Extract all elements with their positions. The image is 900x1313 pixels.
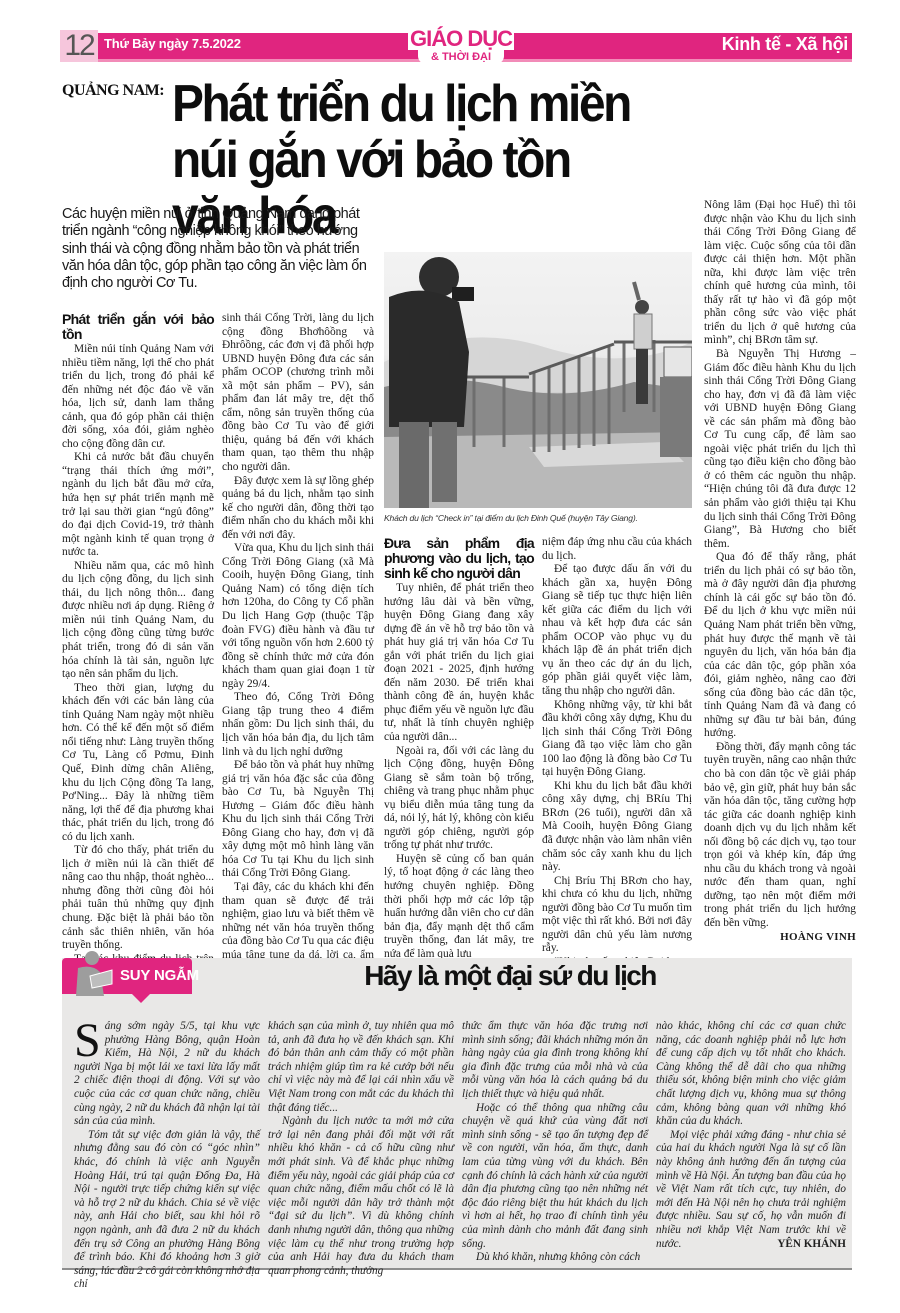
paragraph: Theo thời gian, lượng du khách đến với c… [62, 682, 214, 845]
paragraph-text: Mọi việc phải xứng đáng - như chia sẻ củ… [656, 1129, 846, 1250]
paragraph: Sáng sớm ngày 5/5, tại khu vực phường Hà… [74, 1020, 260, 1129]
paragraph: niệm đáp ứng nhu cầu của khách du lịch. [542, 536, 692, 563]
paragraph-text: áng sớm ngày 5/5, tại khu vực phường Hàn… [74, 1020, 260, 1127]
paragraph: khách sạn của mình ở, tuy nhiên qua mô t… [268, 1020, 454, 1115]
issue-date: Thứ Bảy ngày 7.5.2022 [104, 36, 241, 51]
paragraph: Khi cả nước bắt đầu chuyển “trạng thái t… [62, 451, 214, 559]
logo-title: GIÁO DỤC [408, 28, 514, 50]
paragraph: Mọi việc phải xứng đáng - như chia sẻ củ… [656, 1129, 846, 1251]
paragraph: Chị Bríu Thị BRơn cho hay, khi chưa có k… [542, 875, 692, 956]
article-column-3: Đưa sản phẩm địa phương vào du lịch, tạo… [384, 536, 534, 961]
paragraph: Không những vậy, từ khi bắt đầu khởi côn… [542, 699, 692, 780]
reading-person-icon [70, 950, 114, 998]
paragraph: Đồng thời, đẩy mạnh công tác tuyên truyề… [704, 741, 856, 931]
paragraph: Tuy nhiên, để phát triển theo hướng lâu … [384, 582, 534, 745]
paragraph: Huyện sẽ củng cố ban quản lý, tổ hoạt độ… [384, 853, 534, 961]
opinion-column-3: thức ẩm thực văn hóa đặc trưng nơi mình … [462, 1020, 648, 1265]
opinion-byline: YÊN KHÁNH [763, 1238, 846, 1252]
opinion-tab-pointer [132, 994, 150, 1003]
paragraph: nào khác, không chỉ các cơ quan chức năn… [656, 1020, 846, 1129]
paragraph: Đây được xem là sự lồng ghép quảng bá du… [222, 475, 374, 543]
article-photo [384, 252, 692, 508]
article-column-5: Nông lâm (Đại học Huế) thì tôi được nhận… [704, 199, 856, 944]
paragraph: sinh thái Cổng Trời, làng du lịch cộng đ… [222, 312, 374, 475]
paragraph: thức ẩm thực văn hóa đặc trưng nơi mình … [462, 1020, 648, 1102]
paragraph: Vừa qua, Khu du lịch sinh thái Cổng Trời… [222, 542, 374, 691]
subheading: Đưa sản phẩm địa phương vào du lịch, tạo… [384, 536, 534, 581]
paragraph: Nhiều năm qua, các mô hình du lịch cộng … [62, 560, 214, 682]
paragraph: Khi khu du lịch bắt đầu khởi công xây dự… [542, 780, 692, 875]
newspaper-logo: GIÁO DỤC & THỜI ĐẠI [408, 28, 514, 68]
paragraph: Miền núi tỉnh Quảng Nam với nhiều tiềm n… [62, 343, 214, 451]
paragraph: Theo đó, Cổng Trời Đông Giang tập trung … [222, 691, 374, 759]
opinion-column-4: nào khác, không chỉ các cơ quan chức năn… [656, 1020, 846, 1251]
paragraph: Ngành du lịch nước ta mới mở cửa trở lại… [268, 1115, 454, 1278]
logo-subtitle: & THỜI ĐẠI [418, 50, 504, 64]
photo-tourists-icon [384, 252, 692, 508]
paragraph: Hoặc có thể thông qua những câu chuyện v… [462, 1102, 648, 1252]
article-column-1: Phát triển gắn với bảo tồn Miền núi tỉnh… [62, 312, 214, 993]
opinion-tab-label: SUY NGẪM [120, 967, 199, 984]
article-column-4: niệm đáp ứng nhu cầu của khách du lịch. … [542, 536, 692, 970]
paragraph: Tóm tắt sự việc đơn giản là vậy, thế như… [74, 1129, 260, 1292]
article-lead: Các huyện miền núi ở tỉnh Quảng Nam đang… [62, 206, 374, 292]
subheading: Phát triển gắn với bảo tồn [62, 312, 214, 342]
opinion-column-2: khách sạn của mình ở, tuy nhiên qua mô t… [268, 1020, 454, 1278]
opinion-column-1: Sáng sớm ngày 5/5, tại khu vực phường Hà… [74, 1020, 260, 1292]
section-name: Kinh tế - Xã hội [722, 34, 848, 55]
paragraph: Ngoài ra, đối với các làng du lịch Cộng … [384, 745, 534, 853]
paragraph: Từ đó cho thấy, phát triển du lịch ở miề… [62, 844, 214, 952]
paragraph: Bà Nguyễn Thị Hương – Giám đốc điều hành… [704, 348, 856, 551]
drop-cap: S [74, 1022, 101, 1060]
opinion-title: Hãy là một đại sứ du lịch [200, 960, 820, 992]
paragraph: Để tạo được dấu ấn với du khách gần xa, … [542, 563, 692, 698]
page-number: 12 [60, 30, 98, 62]
paragraph: Nông lâm (Đại học Huế) thì tôi được nhận… [704, 199, 856, 348]
article-kicker: QUẢNG NAM: [62, 82, 164, 100]
paragraph: Để bảo tồn và phát huy những giá trị văn… [222, 759, 374, 881]
article-byline: HOÀNG VINH [704, 931, 856, 945]
paragraph: Qua đó để thấy rằng, phát triển du lịch … [704, 551, 856, 741]
photo-caption: Khách du lịch “Check in” tại điểm du lịc… [384, 513, 692, 523]
paragraph: Dù khó khăn, nhưng không còn cách [462, 1251, 648, 1265]
article-column-2: sinh thái Cổng Trời, làng du lịch cộng đ… [222, 312, 374, 976]
